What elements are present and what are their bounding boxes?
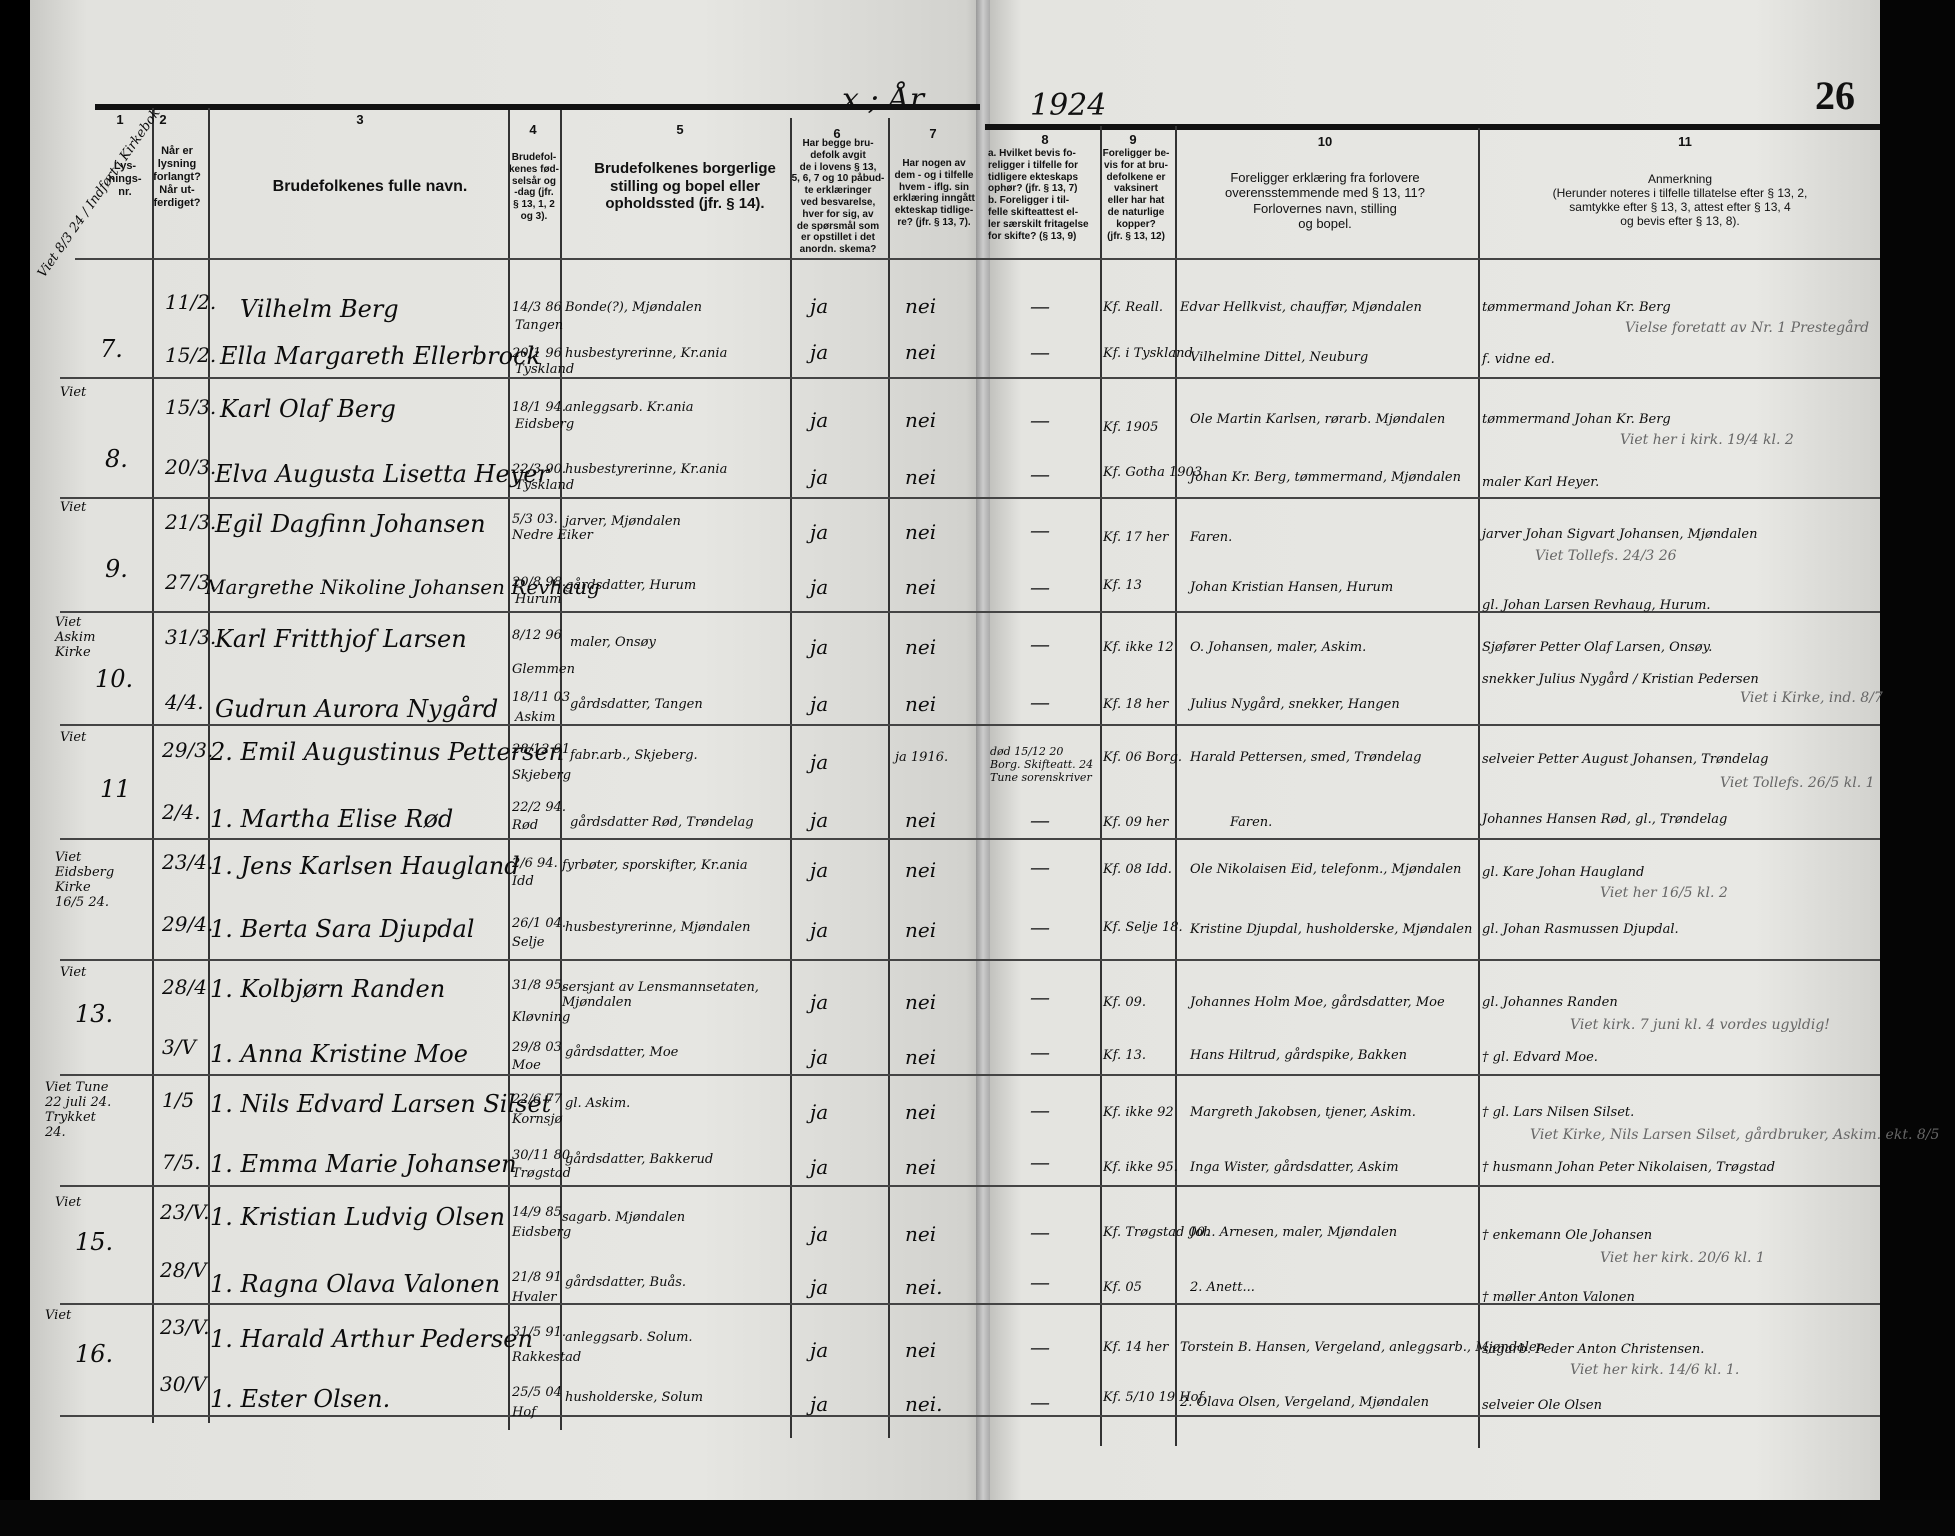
birth-date: 30/11 80: [512, 1148, 570, 1163]
col-11-header: Anmerkning (Herunder noteres i tilfelle …: [1480, 172, 1880, 229]
occupation-residence: husbestyrerinne, Kr.ania: [565, 462, 727, 477]
entry-number: 15.: [75, 1228, 113, 1256]
requested-date: 29/4.: [162, 912, 213, 936]
remark: tømmermand Johan Kr. Berg: [1482, 300, 1671, 315]
birthplace: Hvaler: [512, 1290, 557, 1305]
proof-of-dissolution: —: [1030, 575, 1050, 599]
remark-note: Viet her kirk. 20/6 kl. 1: [1600, 1250, 1765, 1266]
witness: Johan Kristian Hansen, Hurum: [1190, 580, 1393, 595]
birth-date: 2/6 94.: [512, 856, 558, 871]
proof-of-dissolution: —: [1030, 985, 1050, 1009]
witness: Harald Pettersen, smed, Trøndelag: [1190, 750, 1422, 765]
declaration-answer: ja: [810, 465, 828, 489]
entry-separator: [60, 1074, 1880, 1076]
vaccination-proof: Kf. 08 Idd.: [1103, 862, 1172, 877]
proof-of-dissolution: —: [1030, 855, 1050, 879]
declaration-answer: ja: [810, 692, 828, 716]
birthplace: Nedre Eiker: [512, 528, 593, 543]
witness: Edvar Hellkvist, chauffør, Mjøndalen: [1180, 300, 1422, 315]
entry-number: 16.: [75, 1340, 113, 1368]
proof-of-dissolution: —: [1030, 1335, 1050, 1359]
remark: † gl. Edvard Moe.: [1482, 1050, 1598, 1065]
vaccination-proof: Kf. 1905: [1103, 420, 1158, 435]
witness: Ole Nikolaisen Eid, telefonm., Mjøndalen: [1190, 862, 1461, 877]
birth-date: 28/12 91: [512, 742, 570, 757]
prior-marriage-answer: nei: [905, 918, 936, 942]
birthplace: Selje: [512, 935, 544, 950]
prior-marriage-answer: nei: [905, 408, 936, 432]
birthplace: Eidsberg: [512, 1225, 571, 1240]
witness: Kristine Djupdal, husholderske, Mjøndale…: [1190, 922, 1472, 937]
remark-note: Viet her 16/5 kl. 2: [1600, 885, 1728, 901]
requested-date: 7/5.: [162, 1150, 201, 1174]
col-rule: [1478, 128, 1480, 1448]
remark-note: Vielse foretatt av Nr. 1 Prestegård: [1625, 320, 1869, 336]
requested-date: 1/5: [162, 1088, 194, 1112]
col-8-header: a. Hvilket bevis fo- religger i tilfelle…: [988, 148, 1100, 242]
requested-date: 3/V: [162, 1035, 196, 1059]
prior-marriage-answer: nei: [905, 465, 936, 489]
occupation-residence: fabr.arb., Skjeberg.: [570, 748, 698, 763]
remark-note: Viet i Kirke, ind. 8/7: [1740, 690, 1883, 706]
occupation-residence: gårdsdatter, Moe: [565, 1045, 678, 1060]
person-name: 2. Emil Augustinus Pettersen: [210, 738, 564, 766]
person-name: Ella Margareth Ellerbrock: [220, 342, 541, 370]
vaccination-proof: Kf. ikke 12: [1103, 640, 1174, 655]
declaration-answer: ja: [810, 918, 828, 942]
remark: † enkemann Ole Johansen: [1482, 1228, 1652, 1243]
vaccination-proof: Kf. 09 her: [1103, 815, 1168, 830]
person-name: Elva Augusta Lisetta Heyer: [215, 460, 549, 488]
occupation-residence: husbestyrerinne, Mjøndalen: [565, 920, 751, 935]
birth-date: 22/3 90.: [512, 462, 566, 477]
remark-note: Viet Tollefs. 26/5 kl. 1: [1720, 775, 1875, 791]
proof-of-dissolution: —: [1030, 690, 1050, 714]
vaccination-proof: Kf. Gotha 1903: [1103, 465, 1202, 480]
requested-date: 31/3.: [165, 625, 216, 649]
vaccination-proof: Kf. 14 her: [1103, 1340, 1168, 1355]
person-name: 1. Ragna Olava Valonen: [210, 1270, 500, 1298]
vaccination-proof: Kf. ikke 95.: [1103, 1160, 1178, 1175]
witness: Vilhelmine Dittel, Neuburg: [1190, 350, 1368, 365]
requested-date: 20/3.: [165, 455, 216, 479]
remark: gl. Johannes Randen: [1482, 995, 1618, 1010]
prior-marriage-answer: nei: [905, 692, 936, 716]
proof-of-dissolution: —: [1030, 340, 1050, 364]
entry-number: 13.: [75, 1000, 113, 1028]
requested-date: 28/V: [160, 1258, 207, 1282]
birthplace: Glemmen: [512, 662, 575, 677]
entry-number: 8.: [105, 445, 128, 473]
prior-marriage-answer: nei: [905, 520, 936, 544]
occupation-residence: gårdsdatter, Buås.: [565, 1275, 686, 1290]
proof-of-dissolution: —: [1030, 1098, 1050, 1122]
witness: Julius Nygård, snekker, Hangen: [1190, 697, 1400, 712]
person-name: 1. Nils Edvard Larsen Silset: [210, 1090, 551, 1118]
col-rule: [790, 118, 792, 1438]
remark: f. vidne ed.: [1482, 352, 1555, 367]
declaration-answer: ja: [810, 294, 828, 318]
witness: 2. Olava Olsen, Vergeland, Mjøndalen: [1180, 1395, 1429, 1410]
requested-date: 23/V.: [160, 1315, 210, 1339]
entry-number: 7.: [100, 335, 123, 363]
entry-separator: [60, 497, 1880, 499]
proof-of-dissolution: —: [1030, 1390, 1050, 1414]
col-3-header: Brudefolkenes fulle navn.: [240, 178, 500, 197]
entry-separator: [60, 1415, 1880, 1417]
prior-marriage-answer: nei: [905, 1100, 936, 1124]
person-name: Karl Olaf Berg: [220, 395, 396, 423]
col-7-number: 7: [918, 126, 948, 141]
scan-border-right: [1880, 0, 1955, 1536]
birthplace: Kornsjø: [512, 1112, 562, 1127]
col-rule: [152, 108, 154, 1423]
vaccination-proof: Kf. 17 her: [1103, 530, 1168, 545]
col-4-number: 4: [518, 122, 548, 137]
col-7-header: Har nogen av dem - og i tilfelle hvem - …: [888, 158, 980, 229]
occupation-residence: anleggsarb. Solum.: [565, 1330, 693, 1345]
remark: selveier Ole Olsen: [1482, 1398, 1602, 1413]
declaration-answer: ja: [810, 1222, 828, 1246]
prior-marriage-answer: nei: [905, 294, 936, 318]
declaration-answer: ja: [810, 340, 828, 364]
birth-date: 18/1 94.: [512, 400, 566, 415]
birth-date: 14/9 85: [512, 1205, 562, 1220]
proof-of-dissolution: —: [1030, 1270, 1050, 1294]
remark: † husmann Johan Peter Nikolaisen, Trøgst…: [1482, 1160, 1775, 1175]
requested-date: 29/3.: [162, 738, 213, 762]
col-9-header: Foreligger be- vis for at bru- defolkene…: [1100, 148, 1172, 242]
vaccination-proof: Kf. Selje 18.: [1103, 920, 1183, 935]
birthplace: Tyskland: [515, 362, 574, 377]
occupation-residence: gårdsdatter, Hurum: [565, 578, 696, 593]
vaccination-proof: Kf. 18 her: [1103, 697, 1168, 712]
vaccination-proof: Kf. 13.: [1103, 1048, 1146, 1063]
declaration-answer: ja: [810, 1338, 828, 1362]
entry-separator: [60, 724, 1880, 726]
occupation-residence: gårdsdatter, Bakkerud: [565, 1152, 713, 1167]
remark: gl. Kare Johan Haugland: [1482, 865, 1644, 880]
declaration-answer: ja: [810, 1275, 828, 1299]
person-name: Karl Fritthjof Larsen: [215, 625, 467, 653]
scanned-register-spread: x ; År 1924 26 1 Lys- nings- nr. 2 Når e…: [0, 0, 1955, 1536]
margin-note: Viet Eidsberg Kirke 16/5 24.: [55, 850, 110, 910]
vaccination-proof: Kf. 13: [1103, 578, 1142, 593]
col-5-number: 5: [665, 122, 695, 137]
birthplace: Tyskland: [515, 478, 574, 493]
margin-note: Viet Tune 22 juli 24. Trykket 24.: [45, 1080, 113, 1140]
remark: Johannes Hansen Rød, gl., Trøndelag: [1482, 812, 1727, 827]
person-name: 1. Kolbjørn Randen: [210, 975, 445, 1003]
person-name: 1. Kristian Ludvig Olsen: [210, 1203, 505, 1231]
occupation-residence: sagarb. Mjøndalen: [562, 1210, 685, 1225]
occupation-residence: fyrbøter, sporskifter, Kr.ania: [562, 858, 748, 873]
prior-marriage-answer: nei: [905, 1045, 936, 1069]
entry-separator: [60, 377, 1880, 379]
vaccination-proof: Kf. ikke 92: [1103, 1105, 1174, 1120]
occupation-residence: sersjant av Lensmannsetaten, Mjøndalen: [562, 980, 787, 1010]
person-name: Gudrun Aurora Nygård: [215, 695, 498, 723]
requested-date: 15/3.: [165, 395, 216, 419]
header-bottom-rule: [75, 258, 1880, 260]
col-rule: [508, 110, 510, 1430]
proof-of-dissolution: —: [1030, 462, 1050, 486]
witness: Johannes Holm Moe, gårdsdatter, Moe: [1190, 995, 1445, 1010]
col-5-header: Brudefolkenes borgerlige stilling og bop…: [580, 160, 790, 213]
witness: O. Johansen, maler, Askim.: [1190, 640, 1366, 655]
remark: selveier Petter August Johansen, Trøndel…: [1482, 752, 1768, 767]
birth-date: 8/12 96: [512, 628, 562, 643]
birth-date: 29/8 03: [512, 1040, 562, 1055]
birth-date: 25/5 04: [512, 1385, 562, 1400]
birth-date: 5/3 03.: [512, 512, 558, 527]
remark: gl. Johan Rasmussen Djupdal.: [1482, 922, 1679, 937]
col-4-header: Brudefol- kenes fød- selsår og -dag (jfr…: [508, 152, 560, 223]
requested-date: 11/2.: [165, 290, 216, 314]
year-label-right: 1924: [1030, 88, 1106, 123]
proof-of-dissolution: —: [1030, 915, 1050, 939]
col-2-header: Når er lysning forlangt? Når ut- ferdige…: [148, 145, 206, 210]
witness: Johan Kr. Berg, tømmermand, Mjøndalen: [1190, 470, 1461, 485]
remark: tømmermand Johan Kr. Berg: [1482, 412, 1671, 427]
remark-note: Viet her i kirk. 19/4 kl. 2: [1620, 432, 1794, 448]
margin-note: Viet: [60, 385, 86, 400]
witness: Faren.: [1190, 530, 1232, 545]
requested-date: 30/V: [160, 1372, 207, 1396]
vaccination-proof: Kf. i Tyskland: [1103, 346, 1193, 361]
birthplace: Hof: [512, 1405, 536, 1420]
prior-marriage-answer: nei: [905, 1338, 936, 1362]
proof-of-dissolution: —: [1030, 294, 1050, 318]
margin-note: Viet: [55, 1195, 81, 1210]
birthplace: Moe: [512, 1058, 541, 1073]
prior-marriage-answer: nei: [905, 340, 936, 364]
birth-date: 20/1 96: [512, 346, 562, 361]
prior-marriage-answer: nei.: [905, 1275, 942, 1299]
remark: sagarb. Peder Anton Christensen.: [1482, 1342, 1704, 1357]
vaccination-proof: Kf. Reall.: [1103, 300, 1163, 315]
requested-date: 15/2.: [165, 343, 216, 367]
remark: Sjøfører Petter Olaf Larsen, Onsøy.: [1482, 640, 1712, 655]
scan-border-bottom: [0, 1500, 1955, 1536]
col-rule: [1175, 126, 1177, 1446]
vaccination-proof: Kf. 05: [1103, 1280, 1142, 1295]
witness: 2. Anett...: [1190, 1280, 1255, 1295]
prior-marriage-answer: nei: [905, 575, 936, 599]
prior-marriage-answer: nei: [905, 1155, 936, 1179]
witness: Joh. Arnesen, maler, Mjøndalen: [1190, 1225, 1397, 1240]
person-name: 1. Harald Arthur Pedersen: [210, 1325, 533, 1353]
remark: snekker Julius Nygård / Kristian Pederse…: [1482, 672, 1759, 687]
col-rule: [888, 118, 890, 1438]
vaccination-proof: Kf. 06 Borg.: [1103, 750, 1182, 765]
header-rule-left: [95, 104, 980, 110]
birth-date: 14/3 86: [512, 300, 562, 315]
declaration-answer: ja: [810, 520, 828, 544]
person-name: 1. Emma Marie Johansen: [210, 1150, 517, 1178]
occupation-residence: anleggsarb. Kr.ania: [565, 400, 694, 415]
declaration-answer: ja: [810, 408, 828, 432]
declaration-answer: ja: [810, 1392, 828, 1416]
witness: Faren.: [1230, 815, 1272, 830]
entry-separator: [60, 1185, 1880, 1187]
requested-date: 21/3.: [165, 510, 216, 534]
margin-note: Viet Askim Kirke: [55, 615, 110, 660]
col-10-number: 10: [1310, 134, 1340, 149]
declaration-answer: ja: [810, 858, 828, 882]
witness: Ole Martin Karlsen, rørarb. Mjøndalen: [1190, 412, 1445, 427]
vaccination-proof: Kf. 09.: [1103, 995, 1146, 1010]
requested-date: 4/4.: [165, 690, 204, 714]
remark: † møller Anton Valonen: [1482, 1290, 1635, 1305]
prior-marriage-answer: nei.: [905, 1392, 942, 1416]
declaration-answer: ja: [810, 635, 828, 659]
birth-date: 31/8 95.: [512, 978, 566, 993]
occupation-residence: jarver, Mjøndalen: [565, 514, 681, 529]
col-3-number: 3: [345, 112, 375, 127]
birthplace: Rakkestad: [512, 1350, 581, 1365]
witness: Hans Hiltrud, gårdspike, Bakken: [1190, 1048, 1407, 1063]
proof-of-dissolution: —: [1030, 632, 1050, 656]
margin-note: Viet: [45, 1308, 71, 1323]
witness: Margreth Jakobsen, tjener, Askim.: [1190, 1105, 1416, 1120]
requested-date: 2/4.: [162, 800, 201, 824]
birthplace: Idd: [512, 874, 534, 889]
prior-marriage-answer: nei: [905, 990, 936, 1014]
remark: jarver Johan Sigvart Johansen, Mjøndalen: [1482, 527, 1757, 542]
birthplace: Askim: [515, 710, 555, 725]
birthplace: Hurum: [515, 592, 562, 607]
col-11-number: 11: [1670, 134, 1700, 149]
declaration-answer: ja: [810, 750, 828, 774]
prior-marriage-answer: nei: [905, 808, 936, 832]
declaration-answer: ja: [810, 1100, 828, 1124]
requested-date: 23/V.: [160, 1200, 210, 1224]
remark-note: Viet Tollefs. 24/3 26: [1535, 548, 1677, 564]
margin-note: Viet: [60, 500, 86, 515]
requested-date: 23/4.: [162, 850, 213, 874]
remark: † gl. Lars Nilsen Silset.: [1482, 1105, 1634, 1120]
person-name: 1. Berta Sara Djupdal: [210, 915, 474, 943]
prior-marriage-answer: ja 1916.: [895, 750, 948, 765]
entry-number: 9.: [105, 555, 128, 583]
remark: gl. Johan Larsen Revhaug, Hurum.: [1482, 598, 1711, 613]
remark-note: Viet her kirk. 14/6 kl. 1.: [1570, 1362, 1739, 1378]
entry-number: 10.: [95, 665, 133, 693]
entry-separator: [60, 959, 1880, 961]
col-8-number: 8: [1030, 132, 1060, 147]
person-name: 1. Ester Olsen.: [210, 1385, 390, 1413]
occupation-residence: gårdsdatter Rød, Trøndelag: [570, 815, 754, 830]
person-name: 1. Anna Kristine Moe: [210, 1040, 468, 1068]
birthplace: Skjeberg: [512, 768, 571, 783]
col-1-number: 1: [105, 112, 135, 127]
birthplace: Trøgstad: [512, 1166, 571, 1181]
margin-note: Viet: [60, 965, 86, 980]
col-6-header: Har begge bru- defolk avgit de i lovens …: [790, 138, 886, 256]
remark-note: Viet kirk. 7 juni kl. 4 vordes ugyldig!: [1570, 1017, 1830, 1033]
entry-separator: [60, 838, 1880, 840]
declaration-answer: ja: [810, 808, 828, 832]
remark: maler Karl Heyer.: [1482, 475, 1599, 490]
occupation-residence: husholderske, Solum: [565, 1390, 703, 1405]
col-rule: [1100, 126, 1102, 1446]
proof-of-dissolution: —: [1030, 408, 1050, 432]
birth-date: 22/2 94.: [512, 800, 566, 815]
prior-marriage-answer: nei: [905, 635, 936, 659]
witness: Inga Wister, gårdsdatter, Askim: [1190, 1160, 1399, 1175]
declaration-answer: ja: [810, 1045, 828, 1069]
proof-of-dissolution: —: [1030, 1220, 1050, 1244]
birthplace: Eidsberg: [515, 417, 574, 432]
proof-of-dissolution: død 15/12 20 Borg. Skifteatt. 24 Tune so…: [990, 745, 1095, 784]
requested-date: 28/4: [162, 975, 207, 999]
proof-of-dissolution: —: [1030, 808, 1050, 832]
birth-date: 20/8 98.: [512, 575, 566, 590]
proof-of-dissolution: —: [1030, 1150, 1050, 1174]
person-name: 1. Martha Elise Rød: [210, 805, 453, 833]
entry-number: 11: [100, 775, 131, 803]
proof-of-dissolution: —: [1030, 518, 1050, 542]
page-number: 26: [1815, 72, 1855, 119]
prior-marriage-answer: nei: [905, 1222, 936, 1246]
declaration-answer: ja: [810, 1155, 828, 1179]
birthplace: Kløvning: [512, 1010, 570, 1025]
birthplace: Rød: [512, 818, 538, 833]
prior-marriage-answer: nei: [905, 858, 936, 882]
person-name: Egil Dagfinn Johansen: [215, 510, 486, 538]
occupation-residence: husbestyrerinne, Kr.ania: [565, 346, 727, 361]
year-label-left: x ; År: [842, 82, 924, 117]
birth-date: 18/11 03: [512, 690, 570, 705]
col-10-header: Foreligger erklæring fra forlovere overe…: [1180, 170, 1470, 231]
proof-of-dissolution: —: [1030, 1040, 1050, 1064]
occupation-residence: maler, Onsøy: [570, 635, 656, 650]
declaration-answer: ja: [810, 990, 828, 1014]
birth-date: 26/1 04.: [512, 916, 566, 931]
person-name: Vilhelm Berg: [240, 295, 399, 323]
header-rule-right: [985, 124, 1880, 130]
birth-date: 21/8 91: [512, 1270, 562, 1285]
margin-note: Viet: [60, 730, 86, 745]
person-name: 1. Jens Karlsen Haugland: [210, 852, 520, 880]
occupation-residence: Bonde(?), Mjøndalen: [565, 300, 702, 315]
remark-note: Viet Kirke, Nils Larsen Silset, gårdbruk…: [1530, 1127, 1939, 1143]
occupation-residence: gl. Askim.: [565, 1096, 630, 1111]
birth-date: 22/6 77: [512, 1092, 562, 1107]
occupation-residence: gårdsdatter, Tangen: [570, 697, 703, 712]
declaration-answer: ja: [810, 575, 828, 599]
col-9-number: 9: [1118, 132, 1148, 147]
birthplace: Tangen: [515, 318, 563, 333]
birth-date: 31/5 91.: [512, 1325, 566, 1340]
